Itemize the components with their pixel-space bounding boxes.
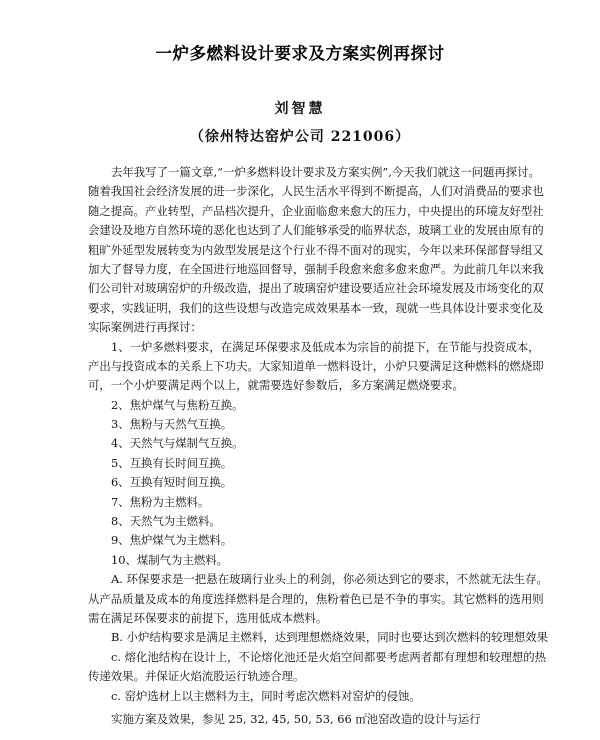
intro-paragraph: 去年我写了一篇文章,“一炉多燃料设计要求及方案实例”,今天我们就这一问题再探讨。… — [88, 163, 516, 338]
text-line: 要求，实践证明，我们的这些设想与改造完成效果基本一致，现就一些具体设计要求变化及 — [88, 299, 516, 318]
text-line: 随着我国社会经济发展的进一步深化，人民生活水平得到不断提高，人们对消费品的要求也 — [88, 182, 516, 201]
text-line: 需在满足环保要求的前提下，选用低成本燃料。 — [88, 609, 516, 628]
text-line: 从产品质量及成本的角度选择燃料是合理的，焦粉着色已是不争的事实。其它燃料的选用则 — [88, 590, 516, 609]
text-line: B. 小炉结构要求是满足主燃料，达到理想燃烧效果，同时也要达到次燃料的较理想效果 — [88, 628, 516, 647]
section-a: A. 环保要求是一把悬在玻璃行业头上的利剑，你必须达到它的要求，不然就无法生存。… — [88, 570, 516, 628]
list-item: 3、焦粉与天然气互换。 — [88, 415, 516, 434]
list-item: 4、天然气与煤制气互换。 — [88, 434, 516, 453]
list-item: 2、焦炉煤气与焦粉互换。 — [88, 396, 516, 415]
text-line: 们公司针对玻璃窑炉的升级改造，提出了玻璃窑炉建设要适应社会环境发展及市场变化的双 — [88, 279, 516, 298]
section-b: B. 小炉结构要求是满足主燃料，达到理想燃烧效果，同时也要达到次燃料的较理想效果 — [88, 628, 516, 647]
text-line: 传递效果。并保证火焰流股运行轨迹合理。 — [88, 667, 516, 686]
text-line: c. 熔化池结构在设计上，不论熔化池还是火焰空间都要考虑两者都有理想和较理想的热 — [88, 648, 516, 667]
text-line: c. 窑炉选材上以主燃料为主，同时考虑次燃料对窑炉的侵蚀。 — [88, 687, 516, 706]
list-item: 5、互换有长时间互换。 — [88, 454, 516, 473]
text-line: 产出与投资成本的关系上下功夫。大家知道单一燃料设计，小炉只要满足这种燃料的燃烧即 — [88, 357, 516, 376]
implementation-line: 实施方案及效果，参见 25, 32, 45, 50, 53, 66 ㎡池窑改造的… — [88, 710, 516, 729]
list-item: 7、焦粉为主燃料。 — [88, 493, 516, 512]
section-c1: c. 熔化池结构在设计上，不论熔化池还是火焰空间都要考虑两者都有理想和较理想的热… — [88, 648, 516, 687]
text-line: 实际案例进行再探讨： — [88, 318, 516, 337]
text-line: 加大了督导力度，在全国进行地巡回督导，强制手段愈来愈多愈来愈严。为此前几年以来我 — [88, 260, 516, 279]
text-line: A. 环保要求是一把悬在玻璃行业头上的利剑，你必须达到它的要求，不然就无法生存。 — [88, 570, 516, 589]
text-line: 随之提高。产业转型，产品档次提升，企业面临愈来愈大的压力，中央提出的环境友好型社 — [88, 202, 516, 221]
text-line: 会建设及地方自然环境的恶化也达到了人们能够承受的临界状态，玻璃工业的发展由原有的 — [88, 221, 516, 240]
section-c2: c. 窑炉选材上以主燃料为主，同时考虑次燃料对窑炉的侵蚀。 — [88, 687, 516, 706]
text-line: 粗旷外延型发展转变为内敛型发展是这个行业不得不面对的现实，今年以来环保部督导组又 — [88, 241, 516, 260]
text-line: 可，一个小炉要满足两个以上，就需要选好参数后，多方案满足燃烧要求。 — [88, 376, 516, 395]
author-affiliation: （徐州特达窑炉公司 221006） — [0, 126, 600, 146]
document-title: 一炉多燃料设计要求及方案实例再探讨 — [0, 40, 600, 64]
text-line: 去年我写了一篇文章,“一炉多燃料设计要求及方案实例”,今天我们就这一问题再探讨。 — [88, 163, 516, 182]
list-item: 9、焦炉煤气为主燃料。 — [88, 531, 516, 550]
fuel-list: 2、焦炉煤气与焦粉互换。 3、焦粉与天然气互换。 4、天然气与煤制气互换。 5、… — [88, 396, 516, 571]
text-line: 1、一炉多燃料要求，在满足环保要求及低成本为宗旨的前提下，在节能与投资成本， — [88, 338, 516, 357]
document-body: 去年我写了一篇文章,“一炉多燃料设计要求及方案实例”,今天我们就这一问题再探讨。… — [88, 163, 516, 729]
item-1-paragraph: 1、一炉多燃料要求，在满足环保要求及低成本为宗旨的前提下，在节能与投资成本， 产… — [88, 338, 516, 396]
list-item: 6、互换有短时间互换。 — [88, 473, 516, 492]
list-item: 8、天然气为主燃料。 — [88, 512, 516, 531]
list-item: 10、煤制气为主燃料。 — [88, 551, 516, 570]
author-name: 刘智慧 — [0, 98, 600, 118]
